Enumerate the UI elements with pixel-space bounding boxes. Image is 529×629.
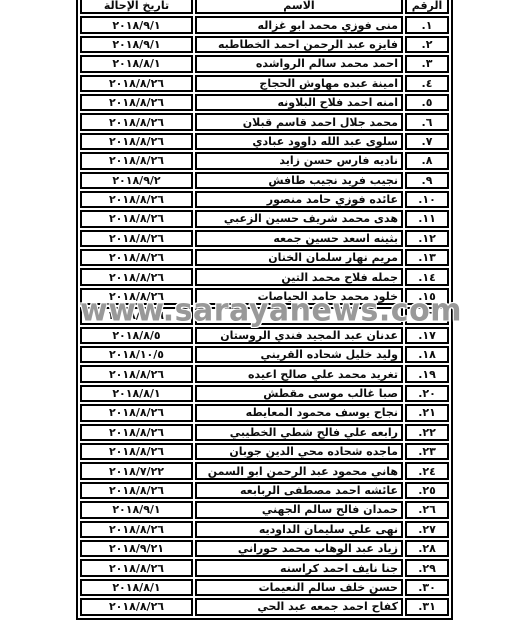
- row-number-cell: ١١.: [405, 210, 449, 227]
- person-name-cell: بثينه اسعد حسين جمعه: [195, 230, 403, 247]
- referral-date-cell: ٢٠١٨/٨/٢٦: [80, 598, 193, 615]
- person-name-cell: امينة عبده مهاوش الحجاج: [195, 75, 403, 92]
- table-row: ٣١.كفاح احمد جمعه عبد الحي٢٠١٨/٨/٢٦: [80, 598, 449, 615]
- person-name-cell: تغريد محمد علي صالح اعيده: [195, 365, 403, 382]
- person-name-cell: فايزه عبد الرحمن احمد الخطاطبه: [195, 36, 403, 53]
- table-row: ٢.فايزه عبد الرحمن احمد الخطاطبه٢٠١٨/٩/١: [80, 36, 449, 53]
- table-row: ١٤.جمله فلاح محمد التين٢٠١٨/٨/٢٦: [80, 268, 449, 285]
- person-name-cell: نجاح يوسف محمود المعايطه: [195, 404, 403, 421]
- referral-date-cell: ٢٠١٨/٨/٢٦: [80, 210, 193, 227]
- referral-date-cell: ٢٠١٨/٨/٢٦: [80, 443, 193, 460]
- referral-date-cell: ٢٠١٨/٨/٢٦: [80, 521, 193, 538]
- row-number-cell: ٦.: [405, 113, 449, 130]
- person-name-cell: نهى علي سليمان الداوديه: [195, 521, 403, 538]
- referral-date-cell: ٢٠١٨/٨/٢٦: [80, 75, 193, 92]
- referral-date-cell: ٢٠١٨/٨/٢٦: [80, 482, 193, 499]
- person-name-cell: امنه احمد فلاح البلاونه: [195, 94, 403, 111]
- col-header-date: تاريخ الإحالة: [80, 0, 193, 14]
- row-number-cell: ١٨.: [405, 346, 449, 363]
- table-row: ٢٥.عائشه احمد مصطفى الربابعه٢٠١٨/٨/٢٦: [80, 482, 449, 499]
- person-name-cell: سلوى عبد الله داوود عبادي: [195, 133, 403, 150]
- referral-date-cell: ٢٠١٨/٩/١: [80, 501, 193, 518]
- person-name-cell: وليد خليل شحاده القريني: [195, 346, 403, 363]
- table-row: ٦.محمد جلال احمد قاسم قبلان٢٠١٨/٨/٢٦: [80, 113, 449, 130]
- row-number-cell: ٢٤.: [405, 462, 449, 479]
- referral-date-cell: ٢٠١٨/٨/٢٦: [80, 94, 193, 111]
- row-number-cell: ٢٨.: [405, 540, 449, 557]
- table-row: ٧.سلوى عبد الله داوود عبادي٢٠١٨/٨/٢٦: [80, 133, 449, 150]
- row-number-cell: ١٧.: [405, 327, 449, 344]
- table-header-row: الرقم الاسم تاريخ الإحالة: [80, 0, 449, 14]
- person-name-cell: رابعه علي فالح شطي الخطيبي: [195, 424, 403, 441]
- table-row: ٢٠.صبا غالب موسى مقطش٢٠١٨/٨/١: [80, 385, 449, 402]
- table-row: ٣٠.حسن خلف سالم النعيمات٢٠١٨/٨/١: [80, 579, 449, 596]
- referral-date-cell: ٢٠١٨/٨/٢٦: [80, 191, 193, 208]
- row-number-cell: ٢٩.: [405, 559, 449, 576]
- table-row: ١٣.مريم نهار سلمان الخنان٢٠١٨/٨/٢٦: [80, 249, 449, 266]
- table-body: ١.منى فوزي محمد ابو غزاله٢٠١٨/٩/١٢.فايزه…: [80, 16, 449, 615]
- row-number-cell: ١٢.: [405, 230, 449, 247]
- person-name-cell: خلود محمد حامد الحياصات: [195, 288, 403, 305]
- table-row: ١٢.بثينه اسعد حسين جمعه٢٠١٨/٨/٢٦: [80, 230, 449, 247]
- row-number-cell: ٢١.: [405, 404, 449, 421]
- table-row: ٢٦.حمدان فالح سالم الجهني٢٠١٨/٩/١: [80, 501, 449, 518]
- table-row: ٢٣.ماجده شحاده محي الدين جوبان٢٠١٨/٨/٢٦: [80, 443, 449, 460]
- person-name-cell: عائده فوزي حامد منصور: [195, 191, 403, 208]
- referral-date-cell: ٢٠١٨/٨/٢٦: [80, 268, 193, 285]
- row-number-cell: ٢٠.: [405, 385, 449, 402]
- referral-date-cell: ٢٠١٨/٨/٢٦: [80, 307, 193, 324]
- row-number-cell: ٢٥.: [405, 482, 449, 499]
- referral-date-cell: ٢٠١٨/٨/٢٦: [80, 288, 193, 305]
- person-name-cell: حمدان فالح سالم الجهني: [195, 501, 403, 518]
- person-name-cell: مريم نهار سلمان الخنان: [195, 249, 403, 266]
- referral-date-cell: ٢٠١٨/٩/١: [80, 16, 193, 33]
- table-row: ٢٤.هاني محمود عبد الرحمن ابو السمن٢٠١٨/٧…: [80, 462, 449, 479]
- person-name-cell: احمد محمد سالم الرواشده: [195, 55, 403, 72]
- person-name-cell: جنا نايف احمد كراسنه: [195, 559, 403, 576]
- row-number-cell: ١٤.: [405, 268, 449, 285]
- referral-date-cell: ٢٠١٨/٨/٢٦: [80, 424, 193, 441]
- referral-date-cell: ٢٠١٨/٩/١: [80, 36, 193, 53]
- referral-date-cell: ٢٠١٨/٨/١: [80, 385, 193, 402]
- referral-date-cell: ٢٠١٨/٧/٢٢: [80, 462, 193, 479]
- referral-date-cell: ٢٠١٨/١٠/٥: [80, 346, 193, 363]
- row-number-cell: ٣.: [405, 55, 449, 72]
- referral-date-cell: ٢٠١٨/٨/٢٦: [80, 133, 193, 150]
- referral-date-cell: ٢٠١٨/٨/١: [80, 55, 193, 72]
- table-row: ١٨.وليد خليل شحاده القريني٢٠١٨/١٠/٥: [80, 346, 449, 363]
- person-name-cell: هاني محمود عبد الرحمن ابو السمن: [195, 462, 403, 479]
- row-number-cell: ١٥.: [405, 288, 449, 305]
- referral-date-cell: ٢٠١٨/٨/٢٦: [80, 230, 193, 247]
- referral-date-cell: ٢٠١٨/٨/٢٦: [80, 152, 193, 169]
- referral-date-cell: ٢٠١٨/٨/٢٦: [80, 249, 193, 266]
- scanned-document-page: الرقم الاسم تاريخ الإحالة ١.منى فوزي محم…: [0, 0, 529, 629]
- person-name-cell: ماجده شحاده محي الدين جوبان: [195, 443, 403, 460]
- row-number-cell: ٢٦.: [405, 501, 449, 518]
- person-name-cell: محمد جلال احمد قاسم قبلان: [195, 113, 403, 130]
- person-name-cell: حسن خلف سالم النعيمات: [195, 579, 403, 596]
- person-name-cell: جمله فلاح محمد التين: [195, 268, 403, 285]
- table-row: ٢٩.جنا نايف احمد كراسنه٢٠١٨/٨/٢٦: [80, 559, 449, 576]
- row-number-cell: ١٦.: [405, 307, 449, 324]
- table-row: ٢٧.نهى علي سليمان الداوديه٢٠١٨/٨/٢٦: [80, 521, 449, 538]
- table-row: ٢٢.رابعه علي فالح شطي الخطيبي٢٠١٨/٨/٢٦: [80, 424, 449, 441]
- row-number-cell: ٣٠.: [405, 579, 449, 596]
- table-row: ٢٨.زياد عبد الوهاب محمد حوراني٢٠١٨/٩/٢١: [80, 540, 449, 557]
- person-name-cell: عائشه احمد مصطفى الربابعه: [195, 482, 403, 499]
- referral-date-cell: ٢٠١٨/٨/٥: [80, 327, 193, 344]
- row-number-cell: ٤.: [405, 75, 449, 92]
- col-header-name: الاسم: [195, 0, 403, 14]
- referral-date-cell: ٢٠١٨/٨/٢٦: [80, 404, 193, 421]
- table-row: ١١.هدى محمد شريف حسين الزعبي٢٠١٨/٨/٢٦: [80, 210, 449, 227]
- table-row: ١٧.عدنان عبد المجيد فندي الروستان٢٠١٨/٨/…: [80, 327, 449, 344]
- table-row: ١٦.٢٠١٨/٨/٢٦: [80, 307, 449, 324]
- person-name-cell: كفاح احمد جمعه عبد الحي: [195, 598, 403, 615]
- table-row: ١.منى فوزي محمد ابو غزاله٢٠١٨/٩/١: [80, 16, 449, 33]
- row-number-cell: ٢٧.: [405, 521, 449, 538]
- table-row: ٥.امنه احمد فلاح البلاونه٢٠١٨/٨/٢٦: [80, 94, 449, 111]
- row-number-cell: ٣١.: [405, 598, 449, 615]
- referral-date-cell: ٢٠١٨/٨/١: [80, 579, 193, 596]
- person-name-cell: زياد عبد الوهاب محمد حوراني: [195, 540, 403, 557]
- referral-date-cell: ٢٠١٨/٩/٢١: [80, 540, 193, 557]
- row-number-cell: ٩.: [405, 172, 449, 189]
- table-row: ١٩.تغريد محمد علي صالح اعيده٢٠١٨/٨/٢٦: [80, 365, 449, 382]
- table-row: ١٠.عائده فوزي حامد منصور٢٠١٨/٨/٢٦: [80, 191, 449, 208]
- referral-date-cell: ٢٠١٨/٨/٢٦: [80, 559, 193, 576]
- person-name-cell: ناديه فارس حسن زايد: [195, 152, 403, 169]
- row-number-cell: ٢٣.: [405, 443, 449, 460]
- row-number-cell: ٥.: [405, 94, 449, 111]
- row-number-cell: ٨.: [405, 152, 449, 169]
- table-row: ١٥.خلود محمد حامد الحياصات٢٠١٨/٨/٢٦: [80, 288, 449, 305]
- referral-table: الرقم الاسم تاريخ الإحالة ١.منى فوزي محم…: [76, 0, 453, 620]
- person-name-cell: صبا غالب موسى مقطش: [195, 385, 403, 402]
- referral-date-cell: ٢٠١٨/٨/٢٦: [80, 113, 193, 130]
- referral-date-cell: ٢٠١٨/٨/٢٦: [80, 365, 193, 382]
- person-name-cell: هدى محمد شريف حسين الزعبي: [195, 210, 403, 227]
- table-row: ٤.امينة عبده مهاوش الحجاج٢٠١٨/٨/٢٦: [80, 75, 449, 92]
- person-name-cell: نجيب فريد نجيب طافش: [195, 172, 403, 189]
- person-name-cell: [195, 307, 403, 324]
- table-row: ٨.ناديه فارس حسن زايد٢٠١٨/٨/٢٦: [80, 152, 449, 169]
- row-number-cell: ٧.: [405, 133, 449, 150]
- row-number-cell: ١٠.: [405, 191, 449, 208]
- row-number-cell: ١.: [405, 16, 449, 33]
- table-row: ٢١.نجاح يوسف محمود المعايطه٢٠١٨/٨/٢٦: [80, 404, 449, 421]
- row-number-cell: ٢٢.: [405, 424, 449, 441]
- person-name-cell: عدنان عبد المجيد فندي الروستان: [195, 327, 403, 344]
- row-number-cell: ٢.: [405, 36, 449, 53]
- table-row: ٣.احمد محمد سالم الرواشده٢٠١٨/٨/١: [80, 55, 449, 72]
- table-row: ٩.نجيب فريد نجيب طافش٢٠١٨/٩/٢: [80, 172, 449, 189]
- row-number-cell: ١٩.: [405, 365, 449, 382]
- referral-date-cell: ٢٠١٨/٩/٢: [80, 172, 193, 189]
- row-number-cell: ١٣.: [405, 249, 449, 266]
- person-name-cell: منى فوزي محمد ابو غزاله: [195, 16, 403, 33]
- col-header-number: الرقم: [405, 0, 449, 14]
